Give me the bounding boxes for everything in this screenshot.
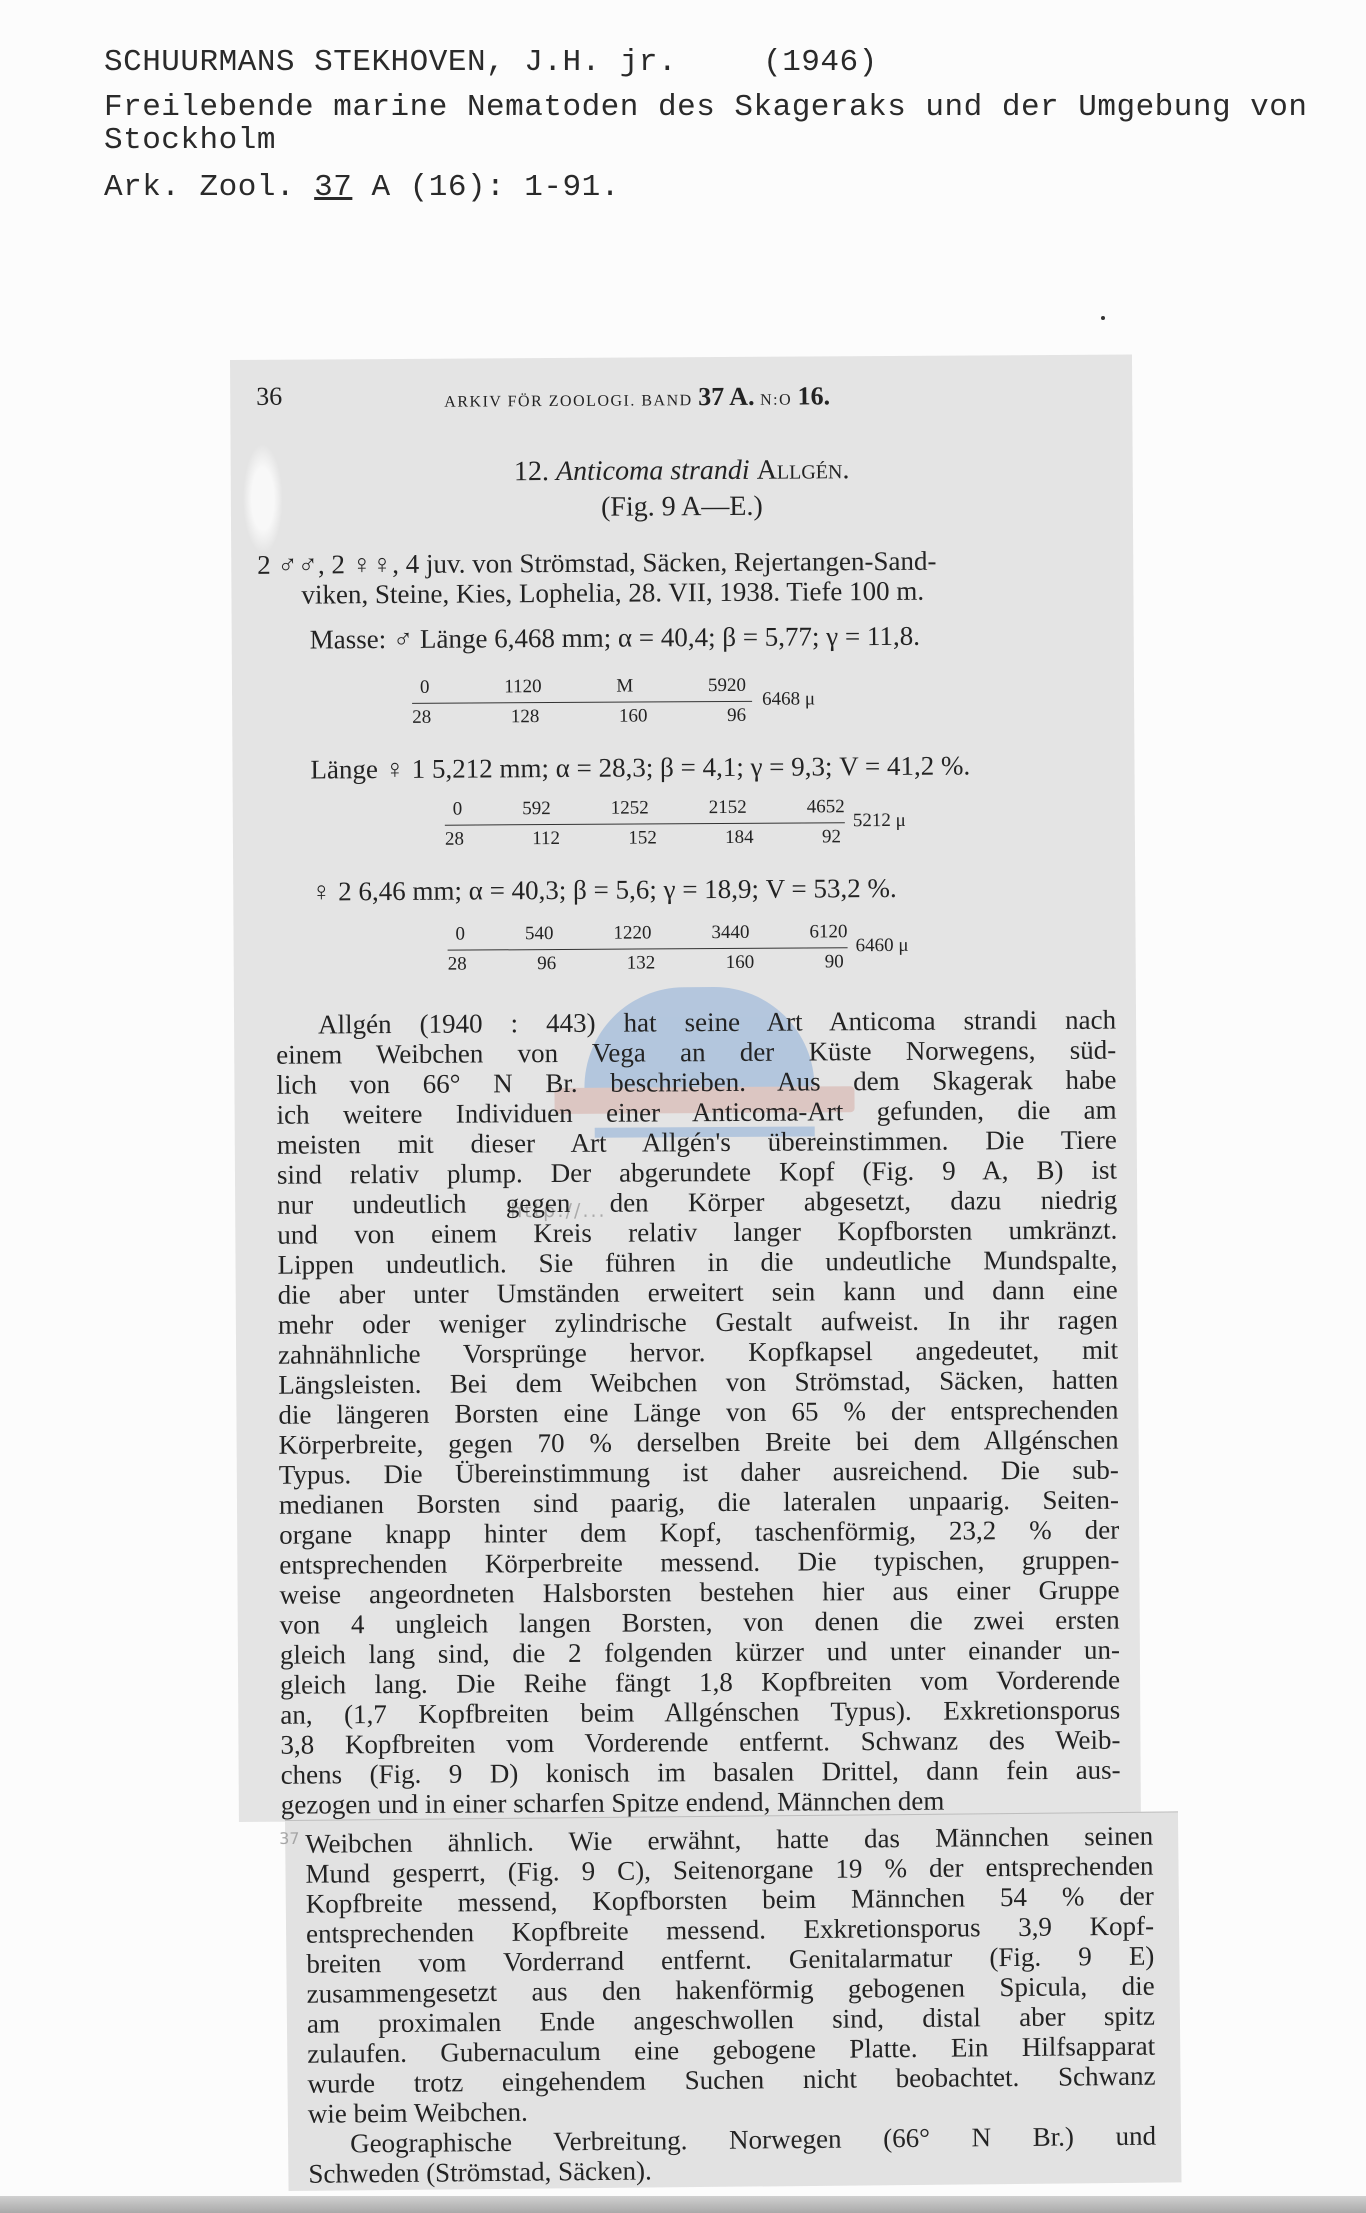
formula-value: 3440 bbox=[711, 922, 749, 944]
band-number: 37 A. bbox=[698, 382, 755, 411]
author-line: SCHUURMANS STEKHOVEN, J.H. jr.(1946) bbox=[104, 46, 1366, 79]
formula-value: 96 bbox=[727, 705, 746, 727]
formula-value: 184 bbox=[725, 827, 754, 849]
formula-value: 0 bbox=[420, 677, 430, 699]
figure-reference: (Fig. 9 A—E.) bbox=[231, 486, 1133, 528]
formula-value: 0 bbox=[455, 924, 465, 946]
title-line-2: Stockholm bbox=[104, 124, 1366, 157]
journal-name: Arkiv för zoologi. Band bbox=[444, 392, 693, 411]
citation-volume: 37 bbox=[314, 170, 352, 205]
formula-value: 6120 bbox=[809, 921, 847, 943]
material-paragraph: 2 ♂♂, 2 ♀♀, 4 juv. von Strömstad, Säcken… bbox=[257, 545, 1097, 610]
formula-rule bbox=[445, 822, 845, 825]
formula-total: 6468 μ bbox=[762, 688, 815, 710]
formula-value: 128 bbox=[511, 706, 540, 728]
running-head: 36 Arkiv för zoologi. Band 37 A. n:o 16. bbox=[256, 377, 1092, 412]
formula-value: 132 bbox=[627, 952, 656, 974]
formula-total: 6460 μ bbox=[856, 935, 909, 957]
formula-rule bbox=[448, 947, 848, 950]
formula-total: 5212 μ bbox=[853, 810, 906, 832]
formula-value: 540 bbox=[525, 923, 554, 945]
species-name: Anticoma strandi bbox=[556, 455, 750, 487]
citation-journal: Ark. Zool. bbox=[104, 170, 314, 205]
description-paragraph-lower: Weibchen ähnlich. Wie erwähnt, hatte das… bbox=[305, 1821, 1156, 2189]
species-heading: 12. Anticoma strandi Allgén. (Fig. 9 A—E… bbox=[231, 450, 1133, 528]
text-line: chens (Fig. 9 D) konisch im basalen Drit… bbox=[281, 1755, 1121, 1790]
formula-value: 160 bbox=[619, 705, 648, 727]
page-number: 36 bbox=[256, 382, 282, 412]
journal-clipping-upper: 36 Arkiv för zoologi. Band 37 A. n:o 16.… bbox=[230, 354, 1141, 1821]
paper-speck bbox=[1101, 316, 1105, 320]
formula-value: 28 bbox=[412, 707, 431, 729]
formula-rule bbox=[412, 701, 752, 704]
formula-value: 160 bbox=[726, 952, 755, 974]
formula-value: 1220 bbox=[613, 922, 651, 944]
author-name: SCHUURMANS STEKHOVEN, J.H. jr. bbox=[104, 45, 677, 80]
material-line-2: viken, Steine, Kies, Lophelia, 28. VII, … bbox=[257, 575, 1097, 610]
formula-value: 1252 bbox=[611, 797, 649, 819]
formula-value: 5920 bbox=[708, 675, 746, 697]
title-line-1: Freilebende marine Nematoden des Skagera… bbox=[104, 91, 1366, 124]
formula-value: 2152 bbox=[709, 797, 747, 819]
index-card-header: SCHUURMANS STEKHOVEN, J.H. jr.(1946) Fre… bbox=[104, 46, 1366, 204]
formula-value: 92 bbox=[822, 826, 841, 848]
issue-label: n:o bbox=[760, 392, 792, 409]
issue-number: 16. bbox=[797, 381, 830, 410]
formula-value: 1120 bbox=[504, 676, 541, 698]
formula-value: 0 bbox=[453, 799, 463, 821]
measure-male-label: Masse: ♂ Länge 6,468 mm; α = 40,4; β = 5… bbox=[310, 620, 1110, 655]
journal-title: Arkiv för zoologi. Band 37 A. n:o 16. bbox=[444, 381, 830, 413]
formula-value: 90 bbox=[825, 951, 844, 973]
formula-value: 4652 bbox=[807, 796, 845, 818]
citation-line: Ark. Zool. 37 A (16): 1-91. bbox=[104, 171, 1366, 204]
description-paragraph-upper: Allgén (1940 : 443) hat seine Art Antico… bbox=[276, 1005, 1121, 1820]
formula-female1: 0 592 1252 2152 4652 28 112 152 184 92 5… bbox=[445, 796, 925, 859]
measure-female2-label: ♀ 2 6,46 mm; α = 40,3; β = 5,6; γ = 18,9… bbox=[311, 872, 1131, 907]
formula-value: 28 bbox=[445, 829, 464, 851]
formula-value: 28 bbox=[448, 954, 467, 976]
species-number: 12. bbox=[514, 456, 549, 487]
measure-female1-label: Länge ♀ 1 5,212 mm; α = 28,3; β = 4,1; γ… bbox=[310, 750, 1130, 785]
formula-female2: 0 540 1220 3440 6120 28 96 132 160 90 64… bbox=[447, 921, 927, 984]
citation-pages: A (16): 1-91. bbox=[352, 170, 619, 205]
publication-year: (1946) bbox=[763, 45, 878, 80]
formula-male: 0 1120 M 5920 28 128 160 96 6468 μ bbox=[412, 674, 832, 737]
formula-value: 592 bbox=[522, 798, 551, 820]
scanner-edge-band bbox=[0, 2196, 1366, 2213]
species-author: Allgén. bbox=[757, 454, 850, 486]
formula-value: 152 bbox=[628, 827, 657, 849]
journal-clipping-lower: 37 Weibchen ähnlich. Wie erwähnt, hatte … bbox=[285, 1811, 1182, 2191]
formula-value: M bbox=[616, 676, 633, 698]
formula-value: 96 bbox=[537, 953, 556, 975]
formula-value: 112 bbox=[532, 828, 560, 850]
margin-annotation: 37 bbox=[279, 1829, 300, 1848]
